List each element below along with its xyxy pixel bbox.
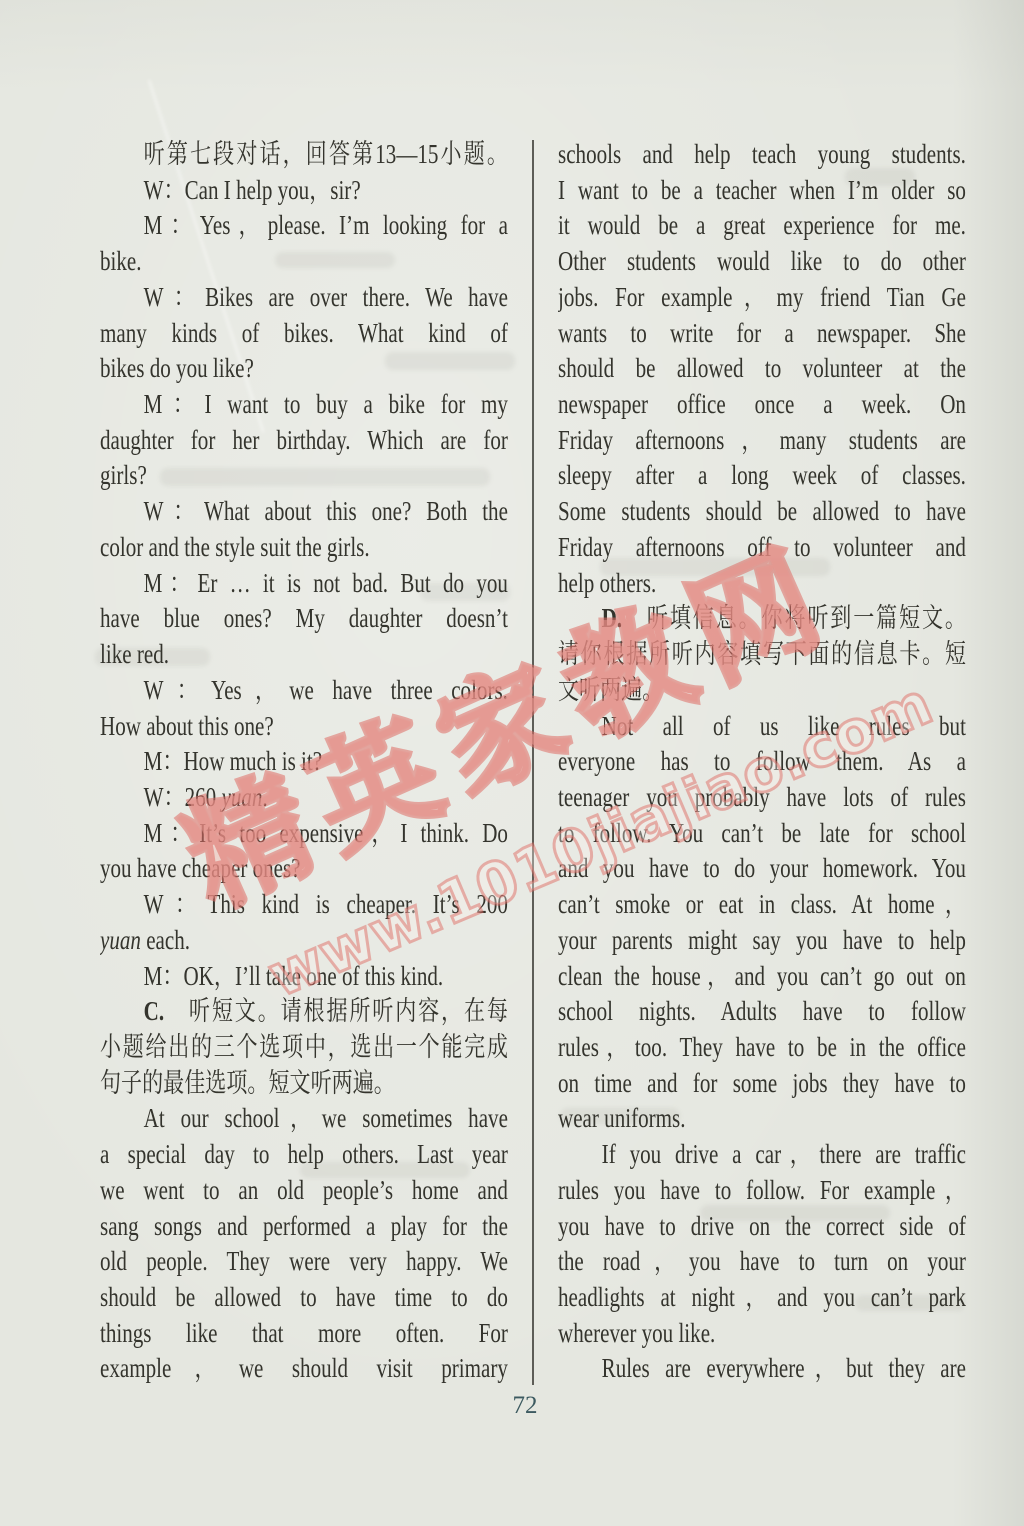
text-segment: Friday afternoons off to volunteer and xyxy=(558,532,966,562)
text-segment: I want to be a teacher when I’m older so xyxy=(558,175,966,205)
text-line: wear uniforms. xyxy=(558,1101,966,1137)
text-segment: 文听两遍。 xyxy=(558,675,663,705)
text-line: should be allowed to volunteer at the xyxy=(558,351,966,387)
text-line: 请你根据所听内容填写下面的信息卡。短 xyxy=(558,637,966,673)
text-line: should be allowed to have time to do xyxy=(100,1280,508,1316)
text-segment: can’t smoke or eat in class. At home， xyxy=(558,889,966,919)
text-line: M：OK，I’ll take one of this kind. xyxy=(100,959,508,995)
text-line: W：260 yuan. xyxy=(100,780,508,816)
text-segment: 听第七段对话，回答第13—15小题。 xyxy=(144,139,508,169)
text-segment: wants to write for a newspaper. She xyxy=(558,318,966,348)
text-line: yuan each. xyxy=(100,923,508,959)
text-segment: W：This kind is cheaper. It’s 200 xyxy=(144,889,508,919)
text-segment: should be allowed to volunteer at the xyxy=(558,353,966,383)
text-segment: sleepy after a long week of classes. xyxy=(558,460,966,490)
text-line: help others. xyxy=(558,566,966,602)
text-segment: and you have to do your homework. You xyxy=(558,853,966,883)
text-line: it would be a great experience for me. xyxy=(558,208,966,244)
text-line: 句子的最佳选项。短文听两遍。 xyxy=(100,1066,508,1102)
text-segment: a special day to help others. Last year xyxy=(100,1139,508,1169)
text-segment: the road，you have to turn on your xyxy=(558,1246,966,1276)
text-line: things like that more often. For xyxy=(100,1316,508,1352)
text-line: If you drive a car，there are traffic xyxy=(558,1137,966,1173)
text-segment: Friday afternoons，many students are xyxy=(558,425,966,455)
text-segment: on time and for some jobs they have to xyxy=(558,1068,966,1098)
text-line: C. 听短文。请根据所听内容，在每 xyxy=(100,994,508,1030)
text-segment: W：Can I help you，sir? xyxy=(144,175,361,205)
left-column: 听第七段对话，回答第13—15小题。W：Can I help you，sir?M… xyxy=(100,137,508,1387)
text-line: D. 听填信息。你将听到一篇短文。 xyxy=(558,601,966,637)
text-segment: Other students would like to do other xyxy=(558,246,966,276)
text-line: wants to write for a newspaper. She xyxy=(558,316,966,352)
text-segment: M：It’s too expensive，I think. Do xyxy=(144,818,508,848)
text-line: 听第七段对话，回答第13—15小题。 xyxy=(100,137,508,173)
text-line: Some students should be allowed to have xyxy=(558,494,966,530)
text-segment: everyone has to follow them. As a xyxy=(558,746,966,776)
text-segment: your parents might say you have to help xyxy=(558,925,966,955)
text-line: bike. xyxy=(100,244,508,280)
text-line: and you have to do your homework. You xyxy=(558,851,966,887)
text-line: newspaper office once a week. On xyxy=(558,387,966,423)
text-segment: example，we should visit primary xyxy=(100,1353,508,1383)
text-segment: Not all of us like rules but xyxy=(602,711,966,741)
text-segment: M：OK，I’ll take one of this kind. xyxy=(144,961,443,991)
text-line: How about this one? xyxy=(100,709,508,745)
text-line: M：How much is it? xyxy=(100,744,508,780)
text-segment: sang songs and performed a play for the xyxy=(100,1211,508,1241)
column-divider-rule xyxy=(532,140,534,1385)
text-segment: M：I want to buy a bike for my xyxy=(144,389,508,419)
text-line: W：This kind is cheaper. It’s 200 xyxy=(100,887,508,923)
text-segment: schools and help teach young students. xyxy=(558,139,966,169)
text-segment: to follow. You can’t be late for school xyxy=(558,818,966,848)
text-line: 文听两遍。 xyxy=(558,673,966,709)
text-line: color and the style suit the girls. xyxy=(100,530,508,566)
text-line: old people. They were very happy. We xyxy=(100,1244,508,1280)
text-segment: it would be a great experience for me. xyxy=(558,210,966,240)
text-line: school nights. Adults have to follow xyxy=(558,994,966,1030)
text-segment: have blue ones? My daughter doesn’t xyxy=(100,603,508,633)
text-line: a special day to help others. Last year xyxy=(100,1137,508,1173)
text-segment: we went to an old people’s home and xyxy=(100,1175,508,1205)
text-segment: daughter for her birthday. Which are for xyxy=(100,425,508,455)
section-label: C. xyxy=(144,996,164,1026)
text-segment: W：Yes，we have three colors. xyxy=(144,675,508,705)
text-segment: 小题给出的三个选项中，选出一个能完成 xyxy=(100,1032,508,1062)
text-line: everyone has to follow them. As a xyxy=(558,744,966,780)
text-line: 小题给出的三个选项中，选出一个能完成 xyxy=(100,1030,508,1066)
text-line: teenager you probably have lots of rules xyxy=(558,780,966,816)
text-segment: old people. They were very happy. We xyxy=(100,1246,508,1276)
text-segment: M：Er … it is not bad. But do you xyxy=(144,568,508,598)
text-line: rules，too. They have to be in the office xyxy=(558,1030,966,1066)
text-line: jobs. For example，my friend Tian Ge xyxy=(558,280,966,316)
text-segment: rules，too. They have to be in the office xyxy=(558,1032,966,1062)
text-line: W：Yes，we have three colors. xyxy=(100,673,508,709)
text-segment: bikes do you like? xyxy=(100,353,254,383)
text-segment: you have cheaper ones? xyxy=(100,853,301,883)
text-line: schools and help teach young students. xyxy=(558,137,966,173)
text-segment: help others. xyxy=(558,568,656,598)
text-segment: school nights. Adults have to follow xyxy=(558,996,966,1026)
text-line: W：What about this one? Both the xyxy=(100,494,508,530)
italic-term: yuan xyxy=(221,782,262,812)
text-segment: clean the house，and you can’t go out on xyxy=(558,961,966,991)
text-line: Not all of us like rules but xyxy=(558,709,966,745)
text-segment: color and the style suit the girls. xyxy=(100,532,370,562)
text-segment: wear uniforms. xyxy=(558,1103,685,1133)
text-line: can’t smoke or eat in class. At home， xyxy=(558,887,966,923)
text-line: we went to an old people’s home and xyxy=(100,1173,508,1209)
text-line: sang songs and performed a play for the xyxy=(100,1209,508,1245)
text-line: you have cheaper ones? xyxy=(100,851,508,887)
text-line: like red. xyxy=(100,637,508,673)
text-segment: M：Yes，please. I’m looking for a xyxy=(144,210,508,240)
text-line: M：I want to buy a bike for my xyxy=(100,387,508,423)
text-segment: headlights at night，and you can’t park xyxy=(558,1282,966,1312)
text-line: on time and for some jobs they have to xyxy=(558,1066,966,1102)
text-segment: rules you have to follow. For example， xyxy=(558,1175,966,1205)
text-line: M：It’s too expensive，I think. Do xyxy=(100,816,508,852)
text-segment: jobs. For example，my friend Tian Ge xyxy=(558,282,966,312)
text-segment: 听填信息。你将听到一篇短文。 xyxy=(622,603,966,633)
text-line: clean the house，and you can’t go out on xyxy=(558,959,966,995)
text-line: W：Can I help you，sir? xyxy=(100,173,508,209)
text-line: rules you have to follow. For example， xyxy=(558,1173,966,1209)
text-segment: you have to drive on the correct side of xyxy=(558,1211,966,1241)
text-segment: How about this one? xyxy=(100,711,274,741)
text-segment: wherever you like. xyxy=(558,1318,715,1348)
text-line: Friday afternoons，many students are xyxy=(558,423,966,459)
text-segment: W：What about this one? Both the xyxy=(144,496,508,526)
text-segment: teenager you probably have lots of rules xyxy=(558,782,966,812)
text-line: headlights at night，and you can’t park xyxy=(558,1280,966,1316)
text-line: daughter for her birthday. Which are for xyxy=(100,423,508,459)
text-line: Other students would like to do other xyxy=(558,244,966,280)
text-segment: 听短文。请根据所听内容，在每 xyxy=(164,996,508,1026)
text-segment: 请你根据所听内容填写下面的信息卡。短 xyxy=(558,639,966,669)
text-line: M：Er … it is not bad. But do you xyxy=(100,566,508,602)
text-segment: should be allowed to have time to do xyxy=(100,1282,508,1312)
text-line: the road，you have to turn on your xyxy=(558,1244,966,1280)
text-line: sleepy after a long week of classes. xyxy=(558,458,966,494)
text-segment: many kinds of bikes. What kind of xyxy=(100,318,508,348)
text-segment: If you drive a car，there are traffic xyxy=(602,1139,966,1169)
text-segment: things like that more often. For xyxy=(100,1318,508,1348)
text-line: wherever you like. xyxy=(558,1316,966,1352)
text-line: Friday afternoons off to volunteer and xyxy=(558,530,966,566)
text-line: example，we should visit primary xyxy=(100,1351,508,1387)
text-line: M：Yes，please. I’m looking for a xyxy=(100,208,508,244)
text-line: have blue ones? My daughter doesn’t xyxy=(100,601,508,637)
page-number: 72 xyxy=(495,1390,555,1422)
text-segment: bike. xyxy=(100,246,142,276)
text-line: Rules are everywhere，but they are xyxy=(558,1351,966,1387)
italic-term: yuan xyxy=(100,925,141,955)
text-line: you have to drive on the correct side of xyxy=(558,1209,966,1245)
text-line: many kinds of bikes. What kind of xyxy=(100,316,508,352)
text-line: I want to be a teacher when I’m older so xyxy=(558,173,966,209)
text-segment: Some students should be allowed to have xyxy=(558,496,966,526)
text-line: to follow. You can’t be late for school xyxy=(558,816,966,852)
text-line: W：Bikes are over there. We have xyxy=(100,280,508,316)
text-segment: each. xyxy=(141,925,190,955)
text-segment: . xyxy=(262,782,267,812)
text-segment: like red. xyxy=(100,639,169,669)
text-segment: Rules are everywhere，but they are xyxy=(602,1353,966,1383)
text-segment: At our school，we sometimes have xyxy=(144,1103,508,1133)
text-line: bikes do you like? xyxy=(100,351,508,387)
text-segment: girls? xyxy=(100,460,147,490)
text-line: girls? xyxy=(100,458,508,494)
text-line: At our school，we sometimes have xyxy=(100,1101,508,1137)
text-segment: M：How much is it? xyxy=(144,746,322,776)
text-segment: W：Bikes are over there. We have xyxy=(144,282,508,312)
right-column: schools and help teach young students.I … xyxy=(558,137,966,1387)
section-label: D. xyxy=(602,603,622,633)
text-segment: newspaper office once a week. On xyxy=(558,389,966,419)
text-segment: W：260 xyxy=(144,782,222,812)
text-segment: 句子的最佳选项。短文听两遍。 xyxy=(100,1068,395,1098)
text-line: your parents might say you have to help xyxy=(558,923,966,959)
